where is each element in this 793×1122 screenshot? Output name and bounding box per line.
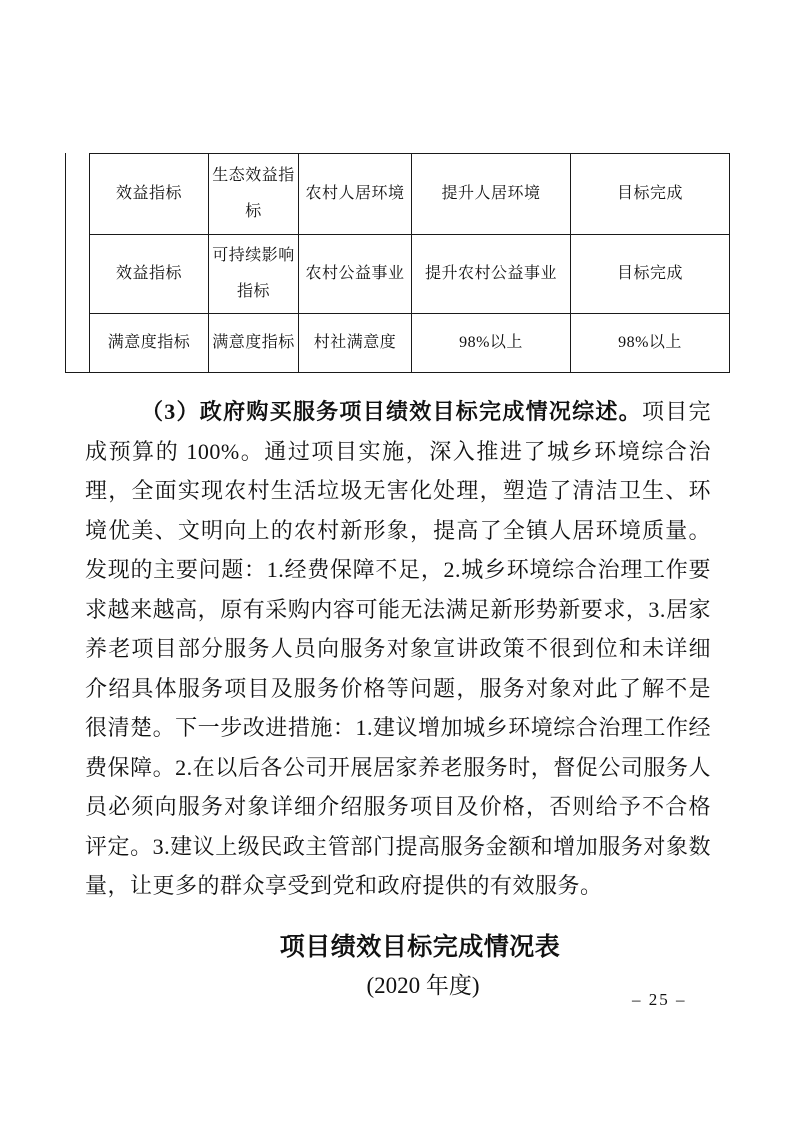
page-number: – 25 – [632,990,687,1010]
next-table-title: 项目绩效目标完成情况表 [280,927,561,963]
table-cell: 提升农村公益事业 [412,235,571,314]
table-cell: 可持续影响指标 [209,235,299,314]
table-continued-left-border [65,153,89,373]
next-table-year-subtitle: (2020 年度) [366,967,479,1000]
table-cell: 98%以上 [412,314,571,373]
table-cell: 效益指标 [90,154,209,235]
summary-paragraph: （3）政府购买服务项目绩效目标完成情况综述。项目完成预算的 100%。通过项目实… [85,392,711,906]
performance-indicators-table: 效益指标 生态效益指标 农村人居环境 提升人居环境 目标完成 效益指标 可持续影… [89,153,730,373]
table-cell: 提升人居环境 [412,154,571,235]
table-cell: 目标完成 [571,154,730,235]
table-cell: 生态效益指标 [209,154,299,235]
table-cell: 农村公益事业 [299,235,412,314]
document-page: 效益指标 生态效益指标 农村人居环境 提升人居环境 目标完成 效益指标 可持续影… [0,0,793,1122]
table-cell: 农村人居环境 [299,154,412,235]
table-cell: 目标完成 [571,235,730,314]
table-cell: 满意度指标 [90,314,209,373]
paragraph-body-text: 项目完成预算的 100%。通过项目实施，深入推进了城乡环境综合治理，全面实现农村… [85,399,711,898]
table-cell: 满意度指标 [209,314,299,373]
table-cell: 效益指标 [90,235,209,314]
table-cell: 村社满意度 [299,314,412,373]
paragraph-lead-heading: （3）政府购买服务项目绩效目标完成情况综述。 [141,399,642,424]
table-cell: 98%以上 [571,314,730,373]
